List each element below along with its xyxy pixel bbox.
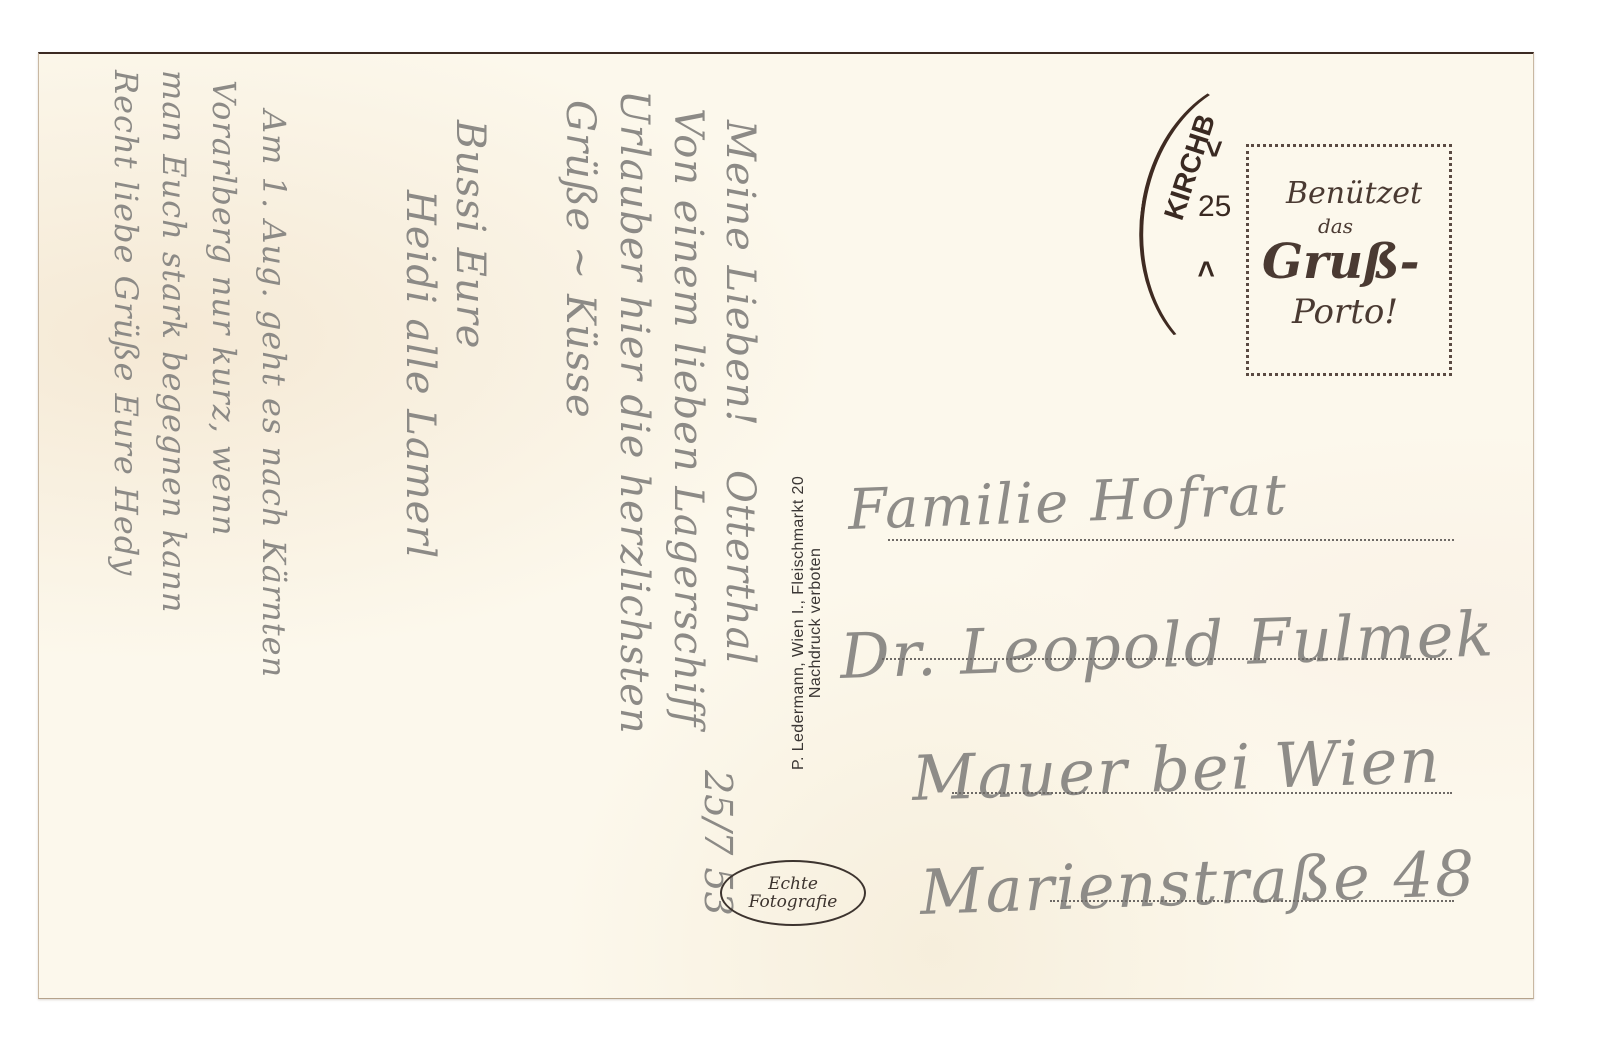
real-photo-mark-line2: Fotografie <box>749 893 838 911</box>
message-line: Urlauber hier die herzlichsten <box>614 90 654 735</box>
address-dotted-line <box>888 539 1454 541</box>
publisher-line: P. Ledermann, Wien I., Fleischmarkt 20 <box>790 476 807 770</box>
address-dotted-line <box>952 792 1452 794</box>
stamp-text-line3: Gruß- <box>1262 234 1420 290</box>
message-line-greeting: Meine Lieben! <box>720 120 760 427</box>
postscript-line: Vorarlberg nur kurz, wenn <box>208 80 240 536</box>
publisher-imprint: P. Ledermann, Wien I., Fleischmarkt 20 N… <box>790 476 824 770</box>
postscript-line: Recht liebe Grüße Eure Hedy <box>110 70 142 576</box>
message-line: Bussi Eure <box>450 120 490 349</box>
postscript-line: man Euch stark begegnen kann <box>158 70 190 613</box>
postmark-mark: > <box>1190 260 1224 278</box>
message-line: Von einem lieben Lagerschiff <box>668 108 708 727</box>
message-line: Grüße ~ Küsse <box>560 100 600 419</box>
message-place: Otterthal <box>720 470 760 665</box>
message-line-signature: Heidi alle Lamerl <box>400 190 440 559</box>
real-photo-mark: Echte Fotografie <box>720 860 866 926</box>
stamp-text-line4: Porto! <box>1292 292 1398 332</box>
postcard-scan: Meine Lieben! Von einem lieben Lagerschi… <box>0 0 1600 1052</box>
stamp-text-line1: Benützet <box>1286 176 1422 211</box>
reprint-notice: Nachdruck verboten <box>807 476 824 770</box>
postmark-mark: < <box>1198 140 1232 158</box>
address-dotted-line <box>1050 900 1454 902</box>
postmark-day: 25 <box>1198 190 1231 224</box>
postscript-line: Am 1. Aug. geht es nach Kärnten <box>258 110 290 678</box>
address-dotted-line <box>882 658 1452 660</box>
real-photo-mark-line1: Echte <box>768 875 818 893</box>
